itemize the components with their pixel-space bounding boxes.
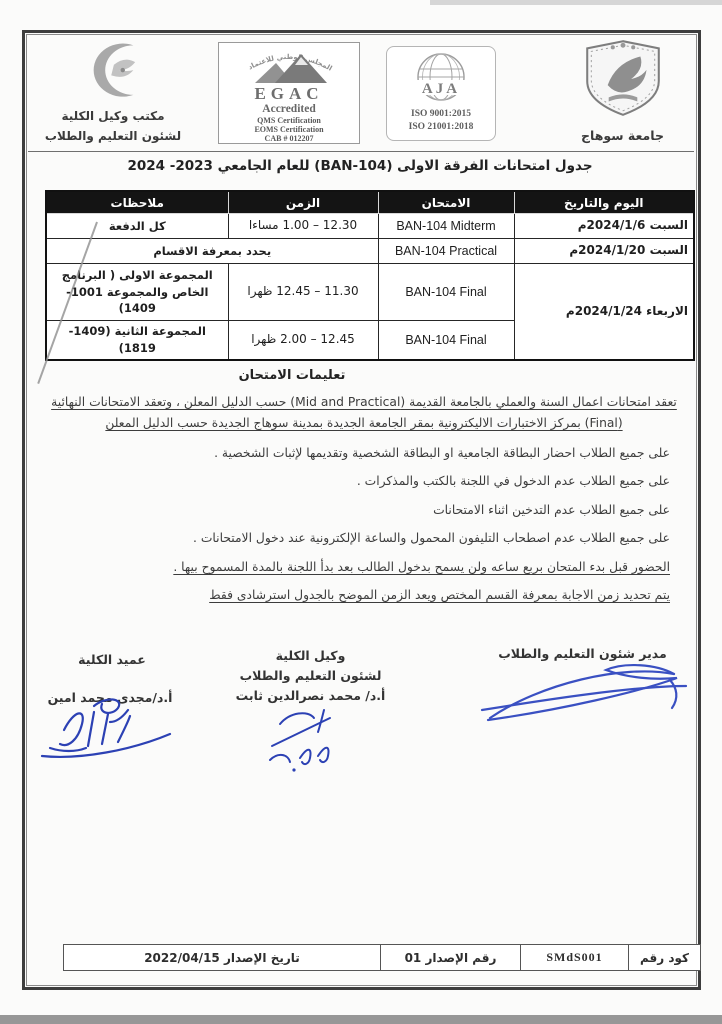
col-header-notes: ملاحظات [46, 191, 228, 214]
scan-artifact-bottom [0, 1015, 722, 1024]
aja-iso-1: ISO 9001:2015 [411, 109, 471, 119]
table-header-row: اليوم والتاريخ الامتحان الزمن ملاحظات [46, 191, 694, 214]
instructions-heading: تعليمات الامتحان [0, 368, 616, 383]
director-signature [474, 654, 696, 732]
instruction-item-underlined: يتم تحديد زمن الاجابة بمعرفة القسم المخت… [40, 586, 688, 604]
col-header-time: الزمن [228, 191, 378, 214]
cell-date: السبت 2024/1/20م [514, 239, 694, 264]
scanned-document-page: مكتب وكيل الكلية لشئون التعليم والطلاب ا… [0, 0, 722, 1024]
cell-time: 11.30 – 12.45 ظهرا [228, 264, 378, 321]
egac-cert-line-1: QMS Certification [257, 116, 321, 125]
cell-exam: BAN-104 Final [378, 264, 514, 321]
egac-accreditation-box: المجلس الوطني للاعتماد EGAC Accredited Q… [218, 42, 360, 144]
cell-exam: BAN-104 Final [378, 321, 514, 361]
table-row: الاربعاء 2024/1/24م BAN-104 Final 11.30 … [46, 264, 694, 321]
cell-exam: BAN-104 Practical [378, 239, 514, 264]
cell-time-notes-merged: يحدد بمعرفة الاقسام [46, 239, 378, 264]
egac-accredited: Accredited [262, 103, 316, 115]
sohag-university-shield-icon [577, 38, 669, 118]
vice-dean-title-1: وكيل الكلية [228, 646, 393, 666]
university-block: جامعة سوهاج [570, 38, 675, 143]
instruction-item: على جميع الطلاب عدم اصطحاب التليفون المح… [40, 529, 688, 547]
footer-issue-number: رقم الإصدار 01 [381, 945, 521, 971]
instruction-item: على جميع الطلاب احضار البطاقة الجامعية ا… [40, 444, 688, 462]
dean-signature [30, 692, 190, 780]
cell-exam: BAN-104 Midterm [378, 214, 514, 239]
cell-time: 12.30 – 1.00 مساءا [228, 214, 378, 239]
cell-date: السبت 2024/1/6م [514, 214, 694, 239]
egac-name: EGAC [254, 84, 323, 103]
aja-name: AJA [422, 81, 460, 97]
aja-iso-box: AJA ISO 9001:2015 ISO 21001:2018 [386, 46, 496, 141]
exam-schedule-table: اليوم والتاريخ الامتحان الزمن ملاحظات ال… [45, 190, 695, 361]
col-header-exam: الامتحان [378, 191, 514, 214]
dean-title: عميد الكلية [42, 652, 182, 667]
egac-cab-number: CAB # 012207 [265, 134, 314, 143]
office-line-1: مكتب وكيل الكلية [42, 106, 184, 126]
table-row: السبت 2024/1/6م BAN-104 Midterm 12.30 – … [46, 214, 694, 239]
document-footer-table: كود رقم SMdS001 رقم الإصدار 01 تاريخ الإ… [63, 944, 701, 971]
footer-issue-date: تاريخ الإصدار 2022/04/15 [64, 945, 381, 971]
exam-instructions-section: تعليمات الامتحان تعقد امتحانات اعمال الس… [40, 368, 688, 604]
cell-date: الاربعاء 2024/1/24م [514, 264, 694, 361]
vice-dean-signature [248, 700, 363, 778]
vice-dean-title-2: لشئون التعليم والطلاب [228, 666, 393, 686]
vice-dean-block: وكيل الكلية لشئون التعليم والطلاب أ.د/ م… [228, 646, 393, 706]
footer-code-label: كود رقم [629, 945, 701, 971]
instructions-intro: تعقد امتحانات اعمال السنة والعملي بالجام… [40, 392, 688, 434]
cell-notes: كل الدفعة [46, 214, 228, 239]
office-line-2: لشئون التعليم والطلاب [42, 126, 184, 146]
footer-row: كود رقم SMdS001 رقم الإصدار 01 تاريخ الإ… [64, 945, 701, 971]
aja-iso-2: ISO 21001:2018 [409, 122, 474, 132]
egac-logo-icon: المجلس الوطني للاعتماد EGAC Accredited Q… [219, 43, 359, 143]
col-header-date: اليوم والتاريخ [514, 191, 694, 214]
instruction-item: على جميع الطلاب عدم التدخين اثناء الامتح… [40, 501, 688, 519]
cell-notes: المجموعة الثانية (1409- 1819) [46, 321, 228, 361]
footer-code-value: SMdS001 [521, 945, 629, 971]
scan-artifact-top [430, 0, 722, 5]
header-divider [28, 151, 694, 152]
page-title: جدول امتحانات الفرقة الاولى (BAN-104) لل… [60, 158, 660, 174]
sohag-crescent-logo-icon [63, 40, 163, 102]
instruction-item: على جميع الطلاب عدم الدخول في اللجنة بال… [40, 472, 688, 490]
aja-globe-logo-icon: AJA ISO 9001:2015 ISO 21001:2018 [387, 47, 495, 140]
instruction-item-underlined: الحضور قبل بدء المتحان بربع ساعه ولن يسم… [40, 558, 688, 576]
cell-time: 12.45 – 2.00 ظهرا [228, 321, 378, 361]
office-block: مكتب وكيل الكلية لشئون التعليم والطلاب [42, 40, 184, 147]
table-row: السبت 2024/1/20م BAN-104 Practical يحدد … [46, 239, 694, 264]
cell-notes: المجموعة الاولى ( البرنامج الخاص والمجمو… [46, 264, 228, 321]
egac-cert-line-2: EOMS Certification [254, 125, 324, 134]
university-name: جامعة سوهاج [570, 128, 675, 143]
